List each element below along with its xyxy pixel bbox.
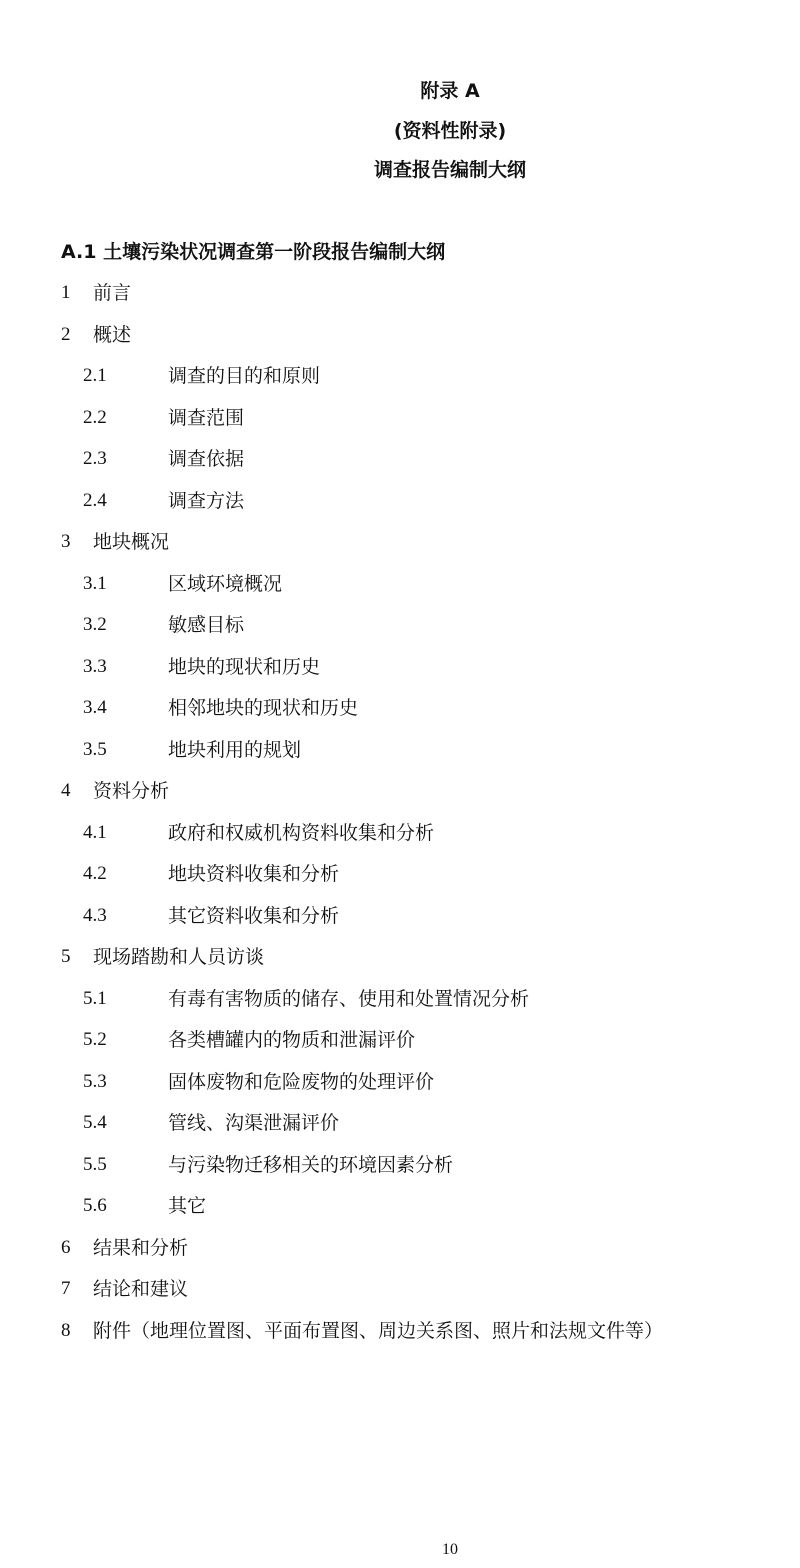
outline-number: 2.3	[83, 444, 107, 474]
outline-number: 3.4	[83, 693, 107, 723]
outline-subitem: 3.1区域环境概况	[0, 569, 800, 611]
outline-number: 4.3	[83, 901, 107, 931]
outline-text: 调查范围	[168, 403, 244, 433]
outline-item: 1前言	[0, 278, 800, 320]
outline-number: 5.2	[83, 1025, 107, 1055]
outline-subitem: 4.3其它资料收集和分析	[0, 901, 800, 943]
outline-number: 6	[61, 1233, 71, 1263]
outline-text: 与污染物迁移相关的环境因素分析	[168, 1150, 453, 1180]
outline-subitem: 3.5地块利用的规划	[0, 735, 800, 777]
outline-text: 概述	[93, 320, 131, 350]
outline-text: 有毒有害物质的储存、使用和处置情况分析	[168, 984, 529, 1014]
outline-number: 5.1	[83, 984, 107, 1014]
outline-item: 4资料分析	[0, 776, 800, 818]
outline-subitem: 5.4管线、沟渠泄漏评价	[0, 1108, 800, 1150]
outline-text: 结果和分析	[93, 1233, 188, 1263]
outline-subitem: 2.2调查范围	[0, 403, 800, 445]
document-page: 附录 A (资料性附录) 调查报告编制大纲 A.1 土壤污染状况调查第一阶段报告…	[0, 0, 800, 1568]
outline-number: 5.6	[83, 1191, 107, 1221]
outline-number: 4.2	[83, 859, 107, 889]
outline-subitem: 5.6其它	[0, 1191, 800, 1233]
outline-text: 现场踏勘和人员访谈	[93, 942, 264, 972]
outline-text: 政府和权威机构资料收集和分析	[168, 818, 434, 848]
section-heading: A.1 土壤污染状况调查第一阶段报告编制大纲	[61, 237, 445, 264]
outline-number: 3.5	[83, 735, 107, 765]
outline-number: 1	[61, 278, 71, 308]
outline-subitem: 5.1有毒有害物质的储存、使用和处置情况分析	[0, 984, 800, 1026]
outline-subitem: 5.3固体废物和危险废物的处理评价	[0, 1067, 800, 1109]
outline-number: 2.2	[83, 403, 107, 433]
outline-number: 2.1	[83, 361, 107, 391]
outline-subitem: 4.2地块资料收集和分析	[0, 859, 800, 901]
outline-text: 地块的现状和历史	[168, 652, 320, 682]
outline-number: 2.4	[83, 486, 107, 516]
outline-number: 8	[61, 1316, 71, 1346]
appendix-title: 附录 A	[0, 76, 800, 103]
outline-text: 固体废物和危险废物的处理评价	[168, 1067, 434, 1097]
outline-text: 相邻地块的现状和历史	[168, 693, 358, 723]
outline-number: 3	[61, 527, 71, 557]
outline-subitem: 3.3地块的现状和历史	[0, 652, 800, 694]
outline-text: 调查依据	[168, 444, 244, 474]
outline-text: 附件（地理位置图、平面布置图、周边关系图、照片和法规文件等）	[93, 1316, 663, 1346]
outline-text: 前言	[93, 278, 131, 308]
outline-number: 3.3	[83, 652, 107, 682]
outline-text: 结论和建议	[93, 1274, 188, 1304]
outline-item: 5现场踏勘和人员访谈	[0, 942, 800, 984]
outline-subitem: 5.5与污染物迁移相关的环境因素分析	[0, 1150, 800, 1192]
outline-number: 5.5	[83, 1150, 107, 1180]
outline-item: 2概述	[0, 320, 800, 362]
outline-number: 3.1	[83, 569, 107, 599]
outline-number: 5.3	[83, 1067, 107, 1097]
outline-text: 调查方法	[168, 486, 244, 516]
outline-text: 调查的目的和原则	[168, 361, 320, 391]
outline-text: 敏感目标	[168, 610, 244, 640]
outline-number: 2	[61, 320, 71, 350]
outline-number: 4.1	[83, 818, 107, 848]
outline-subitem: 3.2敏感目标	[0, 610, 800, 652]
outline-item: 8附件（地理位置图、平面布置图、周边关系图、照片和法规文件等）	[0, 1316, 800, 1358]
outline-subitem: 2.3调查依据	[0, 444, 800, 486]
outline-subitem: 5.2各类槽罐内的物质和泄漏评价	[0, 1025, 800, 1067]
appendix-subject: 调查报告编制大纲	[0, 155, 800, 182]
outline-text: 地块资料收集和分析	[168, 859, 339, 889]
outline-list: 1前言 2概述 2.1调查的目的和原则 2.2调查范围 2.3调查依据 2.4调…	[0, 278, 800, 1357]
outline-item: 3地块概况	[0, 527, 800, 569]
outline-text: 各类槽罐内的物质和泄漏评价	[168, 1025, 415, 1055]
outline-text: 地块利用的规划	[168, 735, 301, 765]
page-number: 10	[0, 1541, 800, 1559]
outline-subitem: 3.4相邻地块的现状和历史	[0, 693, 800, 735]
outline-subitem: 2.4调查方法	[0, 486, 800, 528]
outline-text: 其它资料收集和分析	[168, 901, 339, 931]
outline-subitem: 4.1政府和权威机构资料收集和分析	[0, 818, 800, 860]
outline-number: 3.2	[83, 610, 107, 640]
outline-text: 管线、沟渠泄漏评价	[168, 1108, 339, 1138]
outline-text: 资料分析	[93, 776, 169, 806]
outline-subitem: 2.1调查的目的和原则	[0, 361, 800, 403]
outline-number: 4	[61, 776, 71, 806]
outline-text: 其它	[168, 1191, 206, 1221]
outline-number: 5.4	[83, 1108, 107, 1138]
appendix-type: (资料性附录)	[0, 116, 800, 143]
outline-number: 7	[61, 1274, 71, 1304]
outline-text: 区域环境概况	[168, 569, 282, 599]
outline-number: 5	[61, 942, 71, 972]
outline-item: 6结果和分析	[0, 1233, 800, 1275]
outline-item: 7结论和建议	[0, 1274, 800, 1316]
outline-text: 地块概况	[93, 527, 169, 557]
